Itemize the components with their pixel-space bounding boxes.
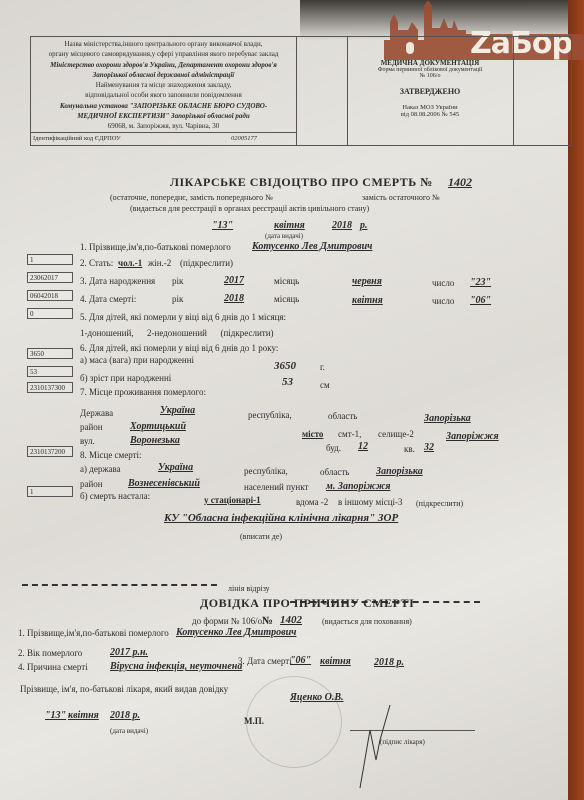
certificate-issued-for: (видається для реєстрації в органах реєс… bbox=[130, 204, 369, 213]
f7-oblast-label: область bbox=[328, 411, 357, 421]
institution-line: МЕДИЧНОЇ ЕКСПЕРТИЗИ" Запорізької обласно… bbox=[31, 111, 296, 121]
certificate-type-line: (остаточне, попереднє, замість попереднь… bbox=[110, 193, 273, 202]
f3-year-label: рік bbox=[172, 276, 183, 286]
f8-district-label: район bbox=[80, 479, 103, 489]
f3-month-label: місяць bbox=[274, 276, 299, 286]
f6b-unit: см bbox=[320, 380, 330, 390]
f2-female: жін.-2 bbox=[148, 258, 171, 268]
f1-value: Котусенко Лев Дмитрович bbox=[252, 241, 372, 252]
certificate-title: ЛІКАРСЬКЕ СВІДОЦТВО ПРО СМЕРТЬ № bbox=[170, 175, 433, 190]
spravka-f3-year: 2018 р. bbox=[374, 657, 404, 668]
f8-facility-hint: (вписати де) bbox=[240, 532, 282, 541]
code-box-term: 0 bbox=[27, 308, 73, 319]
header-spacer bbox=[297, 37, 348, 145]
f7-district-label: район bbox=[80, 422, 103, 432]
f3-day-label: число bbox=[432, 278, 454, 288]
f4-month-label: місяць bbox=[274, 294, 299, 304]
f7-country-label: Держава bbox=[80, 408, 113, 418]
f8a-label: а) держава bbox=[80, 464, 121, 474]
code-box-birth: 23062017 bbox=[27, 272, 73, 283]
stamp-label: М.П. bbox=[244, 716, 264, 726]
code-box-residence: 2310137300 bbox=[27, 382, 73, 393]
edrpou-value: 02005177 bbox=[231, 133, 257, 145]
f6a-label: а) маса (вага) при народженні bbox=[80, 355, 194, 365]
f7-building: 12 bbox=[358, 441, 368, 452]
f3-label: 3. Дата народження bbox=[80, 276, 155, 286]
birth-month: червня bbox=[352, 276, 382, 287]
f1-label: 1. Прізвище,ім'я,по-батькові померлого bbox=[80, 242, 231, 252]
f4-year-label: рік bbox=[172, 294, 183, 304]
f4-day-label: число bbox=[432, 296, 454, 306]
death-day: "06" bbox=[470, 295, 491, 306]
code-box-height: 53 bbox=[27, 366, 73, 377]
f8-district: Вознесенівський bbox=[128, 478, 200, 489]
spravka-f2-value: 2017 р.н. bbox=[110, 647, 148, 658]
spravka-date-day: "13" bbox=[45, 710, 66, 721]
approved-label: ЗАТВЕРДЖЕНО bbox=[347, 87, 513, 96]
med-doc-label: МЕДИЧНА ДОКУМЕНТАЦІЯ bbox=[347, 59, 513, 67]
institution-line: Міністерство охорони здоров'я України, Д… bbox=[31, 60, 296, 70]
spravka-title: ДОВІДКА ПРО ПРИЧИНУ СМЕРТІ bbox=[200, 596, 414, 611]
f8-oblast: Запорізька bbox=[376, 466, 423, 477]
f8-label: 8. Місце смерті: bbox=[80, 450, 142, 460]
signature-caption: (підпис лікаря) bbox=[380, 738, 425, 746]
institution-line: 69068, м. Запоріжжя, вул. Чарівна, 30 bbox=[31, 121, 296, 131]
birth-day: "23" bbox=[470, 277, 491, 288]
death-year: 2018 bbox=[224, 293, 244, 304]
death-month: квітня bbox=[352, 295, 383, 306]
issue-caption: (дата видачі) bbox=[265, 232, 303, 240]
f8b-hospital: у стаціонарі-1 bbox=[204, 495, 261, 505]
f7-district: Хортицький bbox=[130, 421, 186, 432]
f6-label: 6. Для дітей, які померли у віці від 6 д… bbox=[80, 343, 278, 353]
spravka-issued-for: (видається для поховання) bbox=[322, 617, 412, 626]
f6b-label: б) зріст при народженні bbox=[80, 373, 171, 383]
issue-year: 2018 bbox=[332, 220, 352, 231]
f5-options: 1-доношений, 2-недоношений (підкреслити) bbox=[80, 328, 274, 338]
f8b-other: в іншому місці-3 bbox=[338, 497, 403, 507]
f8-oblast-label: область bbox=[320, 467, 349, 477]
code-box-death-where: 1 bbox=[27, 486, 73, 497]
spravka-f1-value: Котусенко Лев Дмитрович bbox=[176, 627, 296, 638]
f8-settlement: м. Запоріжжя bbox=[326, 481, 390, 492]
spravka-form-ref: до форми № 106/о bbox=[192, 616, 262, 626]
f6a-unit: г. bbox=[320, 362, 325, 372]
order-label: Наказ МОЗ України bbox=[347, 104, 513, 111]
header-block: Назва міністерства,іншого центрального о… bbox=[30, 36, 572, 146]
f4-label: 4. Дата смерті: bbox=[80, 294, 136, 304]
issue-year-suffix: р. bbox=[360, 220, 368, 231]
f7-smt-label: смт-1, bbox=[338, 429, 361, 439]
doctor-label: Прізвище, ім'я, по-батькові лікаря, який… bbox=[20, 684, 228, 694]
f7-country: Україна bbox=[160, 405, 195, 416]
f7-village-label: селище-2 bbox=[378, 429, 414, 439]
order-date: від 08.08.2006 № 545 bbox=[347, 111, 513, 118]
f6a-value: 3650 bbox=[274, 360, 296, 372]
f7-label: 7. Місце проживання померлого: bbox=[80, 387, 206, 397]
spravka-f3-month: квітня bbox=[320, 656, 351, 667]
code-box-weight: 3650 bbox=[27, 348, 73, 359]
cut-line-left bbox=[22, 584, 217, 586]
institution-info: Назва міністерства,іншого центрального о… bbox=[31, 37, 297, 145]
f7-city: Запоріжжя bbox=[446, 431, 499, 442]
certificate-type-line2: замість остаточного № bbox=[362, 193, 440, 202]
f7-building-label: буд. bbox=[326, 443, 341, 453]
spravka-number: 1402 bbox=[280, 614, 302, 626]
institution-line: Запорізької обласної державної адміністр… bbox=[31, 70, 296, 80]
spravka-date-caption: (дата видачі) bbox=[110, 727, 148, 735]
f8b-hint: (підкреслити) bbox=[416, 499, 463, 508]
f7-city-type: місто bbox=[302, 429, 323, 439]
edrpou-row: Ідентифікаційний код ЄДРПОУ 02005177 bbox=[31, 132, 297, 145]
institution-line: Найменування та місце знаходження заклад… bbox=[31, 80, 296, 90]
f7-street: Воронезька bbox=[130, 435, 180, 446]
issue-day: "13" bbox=[212, 220, 233, 231]
spravka-date-year: 2018 р. bbox=[110, 710, 140, 721]
code-box-death: 06042018 bbox=[27, 290, 73, 301]
f7-oblast: Запорізька bbox=[424, 413, 471, 424]
cut-line-label: лінія відрізу bbox=[228, 584, 270, 593]
institution-line: органу місцевого самоврядування,у сфері … bbox=[31, 49, 296, 59]
edrpou-label: Ідентифікаційний код ЄДРПОУ bbox=[33, 133, 121, 145]
institution-line: Комунальна установа "ЗАПОРІЗЬКЕ ОБЛАСНЕ … bbox=[31, 101, 296, 111]
institution-line: Назва міністерства,іншого центрального о… bbox=[31, 39, 296, 49]
code-box-death-place: 2310137200 bbox=[27, 446, 73, 457]
f8-republic-label: республіка, bbox=[244, 466, 288, 476]
spravka-date-month: квітня bbox=[68, 710, 99, 721]
f2-hint: (підкреслити) bbox=[180, 258, 233, 268]
spravka-f3-label: 3. Дата смерті bbox=[238, 656, 292, 666]
spravka-f4-label: 4. Причина смерті bbox=[18, 662, 88, 672]
f7-apt: 32 bbox=[424, 442, 434, 453]
f6b-value: 53 bbox=[282, 376, 293, 388]
f2-label: 2. Стать: bbox=[80, 258, 113, 268]
f7-republic-label: республіка, bbox=[248, 410, 292, 420]
certificate-number: 1402 bbox=[448, 175, 472, 190]
form-number: № 106/о bbox=[347, 73, 513, 79]
spravka-f1-label: 1. Прізвище,ім'я,по-батькові померлого bbox=[18, 628, 169, 638]
f5-label: 5. Для дітей, які померли у віці від 6 д… bbox=[80, 312, 286, 322]
f7-street-label: вул. bbox=[80, 436, 95, 446]
spravka-f3-day: "06" bbox=[290, 655, 311, 666]
f8b-label: б) смерть настала: bbox=[80, 491, 150, 501]
birth-year: 2017 bbox=[224, 275, 244, 286]
f8-facility: КУ "Обласна інфекційна клінічна лікарня"… bbox=[164, 512, 398, 524]
issue-month: квітня bbox=[274, 220, 305, 231]
f7-apt-label: кв. bbox=[404, 444, 415, 454]
form-approval: МЕДИЧНА ДОКУМЕНТАЦІЯ Форма первинної обл… bbox=[347, 37, 514, 145]
f8-country: Україна bbox=[158, 462, 193, 473]
f8b-home: вдома -2 bbox=[296, 497, 328, 507]
f2-male: чол.-1 bbox=[118, 258, 142, 268]
spravka-no-sign: № bbox=[262, 615, 273, 627]
code-box-sex: 1 bbox=[27, 254, 73, 265]
institution-line: відповідальної особи якого заповнили пов… bbox=[31, 90, 296, 100]
spravka-f4-value: Вірусна інфекція, неуточнена bbox=[110, 661, 242, 672]
spravka-f2-label: 2. Вік померлого bbox=[18, 648, 82, 658]
f8-settlement-label: населений пункт bbox=[244, 482, 308, 492]
